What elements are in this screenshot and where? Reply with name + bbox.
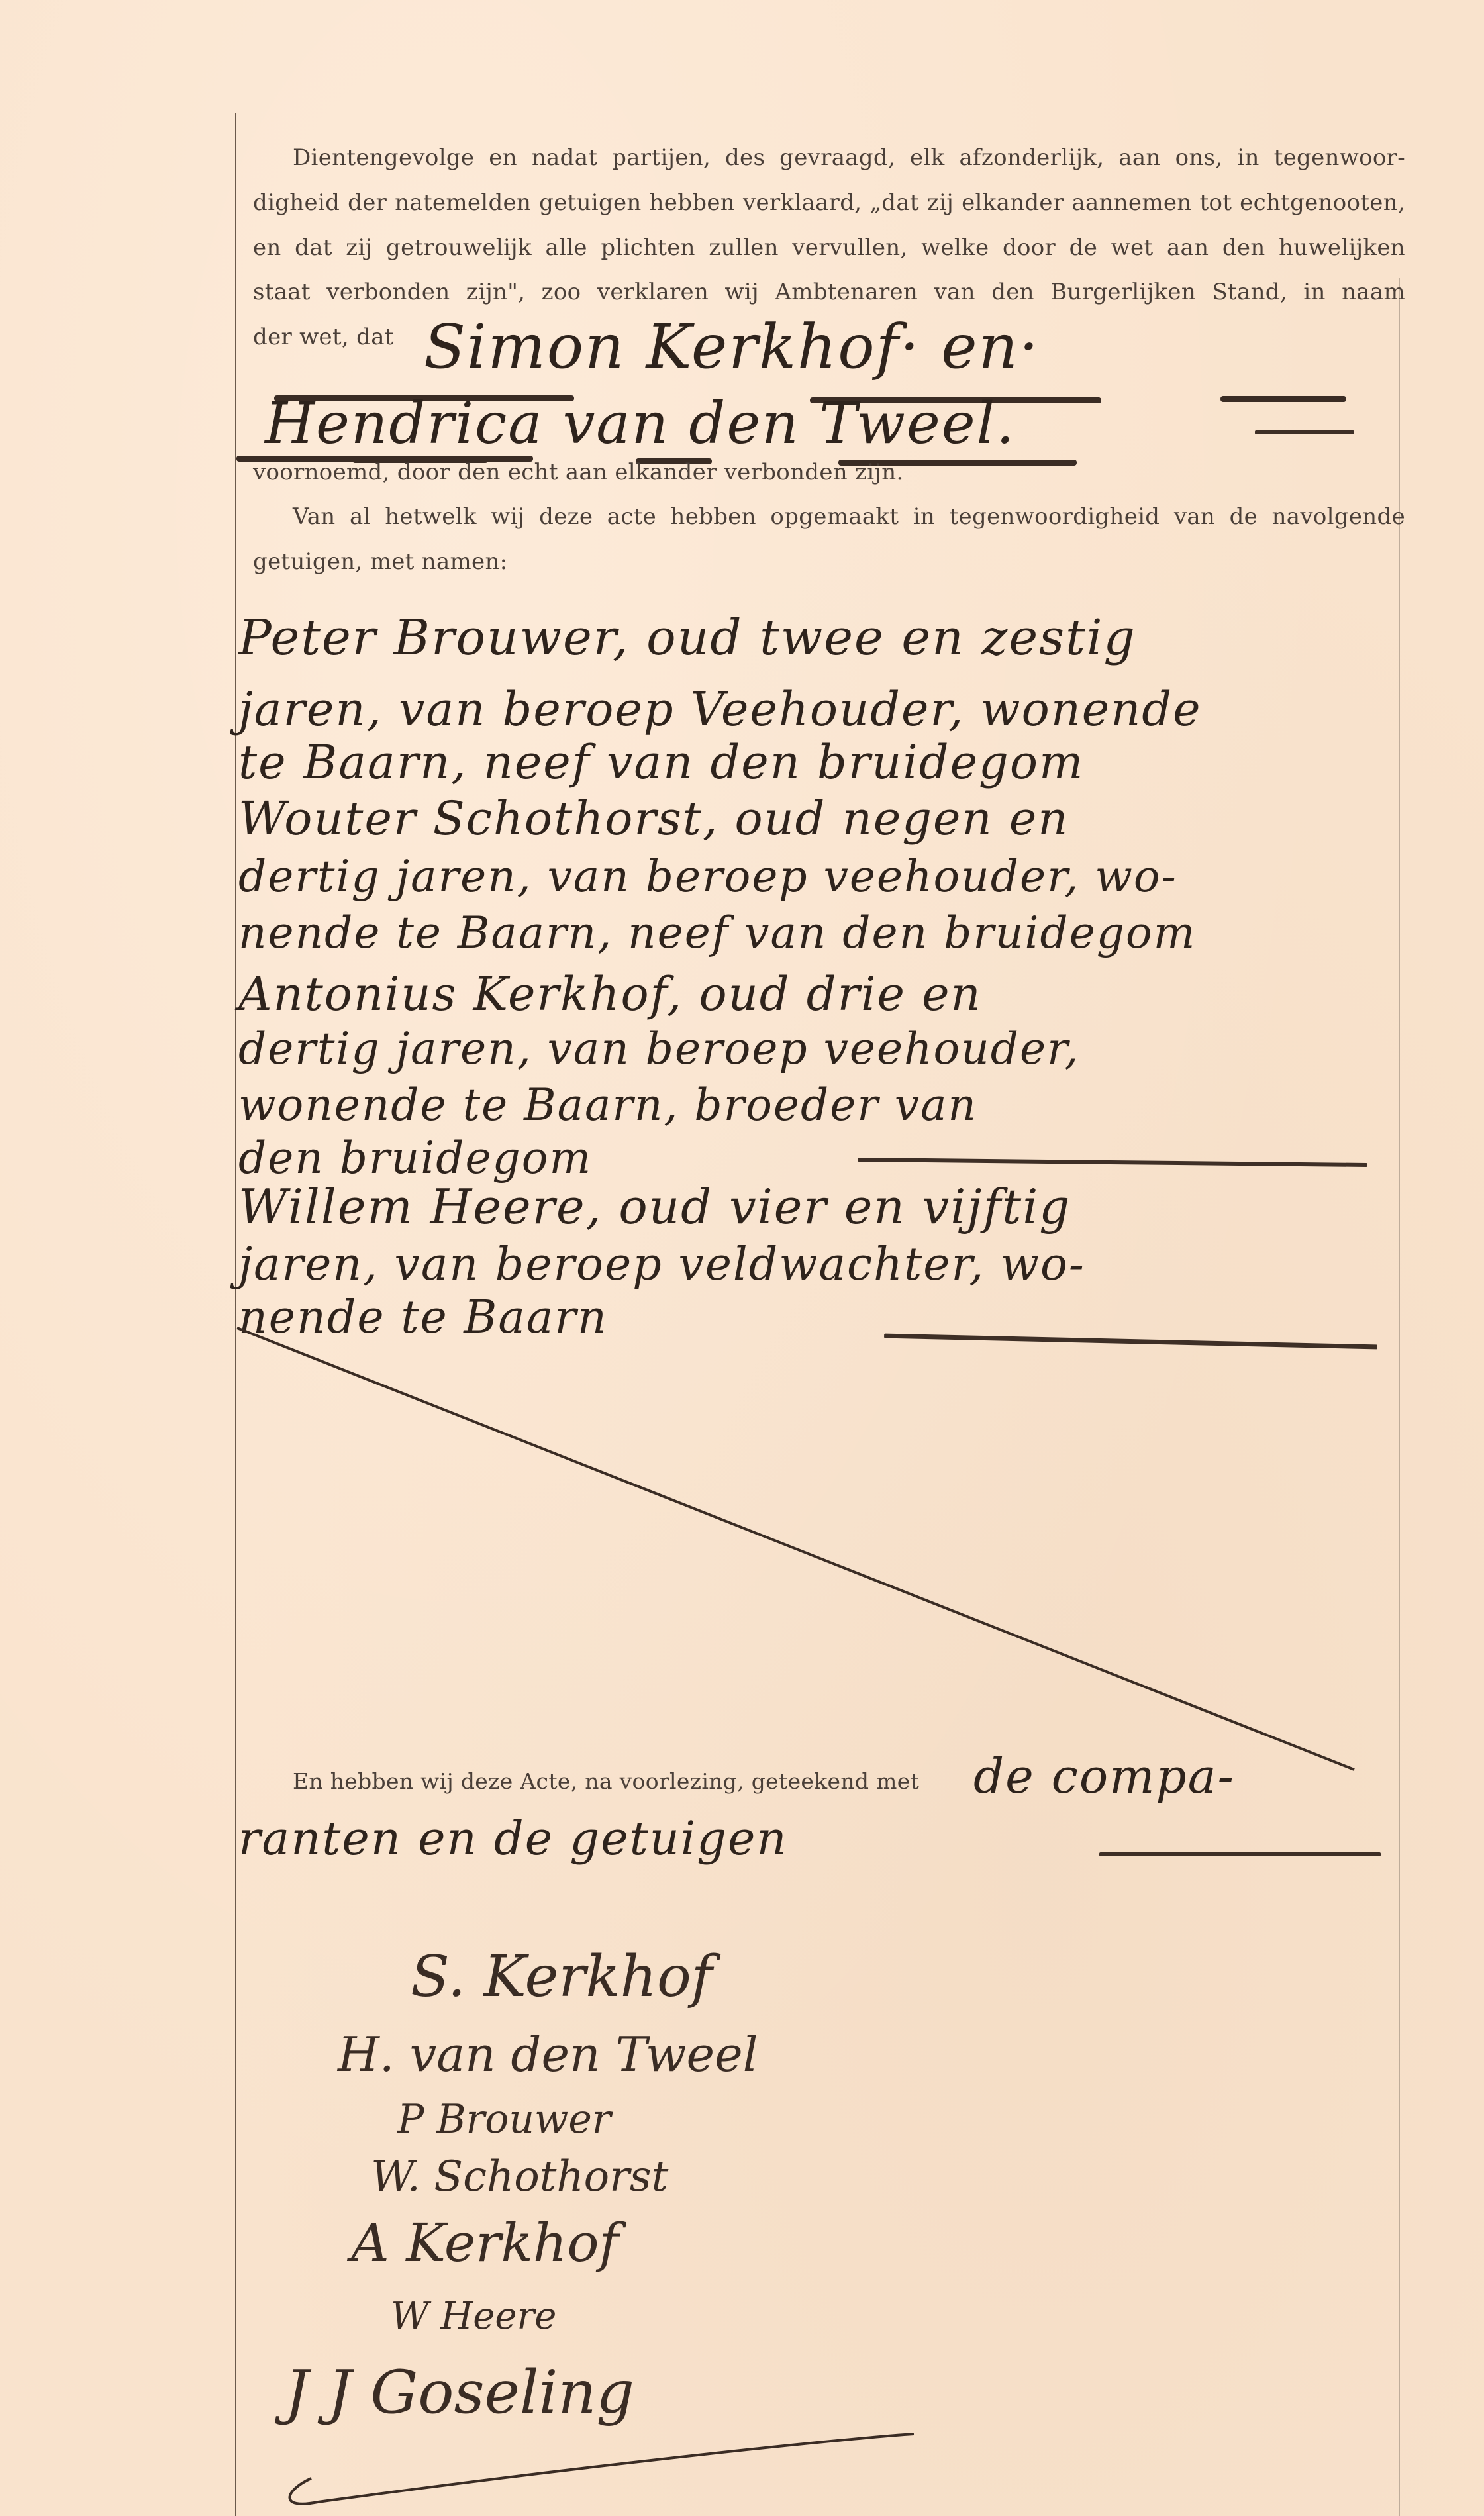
left-margin-rule: [235, 113, 236, 2516]
witness-line-8: dertig jaren, van beroep veehouder,: [238, 1023, 1079, 1074]
filler-stroke: [1099, 1852, 1381, 1856]
printed-line-2: digheid der natemelden getuigen hebben v…: [253, 189, 1405, 216]
witness-line-9: wonende te Baarn, broeder van: [238, 1080, 977, 1131]
witness-line-7: Antonius Kerkhof, oud drie en: [238, 967, 982, 1021]
witness-line-6: nende te Baarn, neef van den bruidegom: [238, 907, 1196, 958]
signature-witness-heere: W Heere: [391, 2295, 556, 2338]
printed-after-names: voornoemd, door den echt aan elkander ve…: [253, 459, 904, 485]
right-margin-rule: [1399, 278, 1400, 2516]
printed-closing: En hebben wij deze Acte, na voorlezing, …: [253, 1768, 919, 1794]
witness-line-4: Wouter Schothorst, oud negen en: [238, 791, 1069, 846]
witness-line-13: nende te Baarn: [238, 1291, 608, 1344]
printed-line-3: en dat zij getrouwelijk alle plichten zu…: [253, 234, 1405, 261]
filler-stroke: [1220, 396, 1346, 402]
signature-witness-brouwer: P Brouwer: [397, 2096, 611, 2142]
witness-line-11: Willem Heere, oud vier en vijftig: [238, 1179, 1071, 1234]
witness-line-3: te Baarn, neef van den bruidegom: [238, 735, 1084, 789]
printed-line-5: der wet, dat: [253, 324, 394, 350]
signature-bride: H. van den Tweel: [338, 2027, 758, 2082]
signature-groom: S. Kerkhof: [411, 1944, 713, 2010]
handwritten-closing-1: de compa-: [973, 1748, 1235, 1804]
filler-stroke: [884, 1334, 1377, 1350]
printed-line-getuigen: getuigen, met namen:: [253, 548, 507, 575]
signature-witness-kerkhof: A Kerkhof: [351, 2212, 618, 2274]
handwritten-closing-2: ranten en de getuigen: [238, 1811, 788, 1866]
handwritten-groom-name: Simon Kerkhof· en·: [424, 311, 1040, 382]
filler-stroke: [858, 1158, 1367, 1167]
printed-line-van-al: Van al hetwelk wij deze acte hebben opge…: [253, 503, 1405, 530]
witness-line-5: dertig jaren, van beroep veehouder, wo-: [238, 851, 1177, 902]
signature-witness-schothorst: W. Schothorst: [371, 2152, 668, 2201]
witness-line-2: jaren, van beroep Veehouder, wonende: [238, 682, 1202, 736]
witness-line-10: den bruidegom: [238, 1132, 592, 1183]
witness-line-1: Peter Brouwer, oud twee en zestig: [238, 609, 1136, 666]
handwritten-bride-name: Hendrica van den Tweel.: [265, 391, 1016, 457]
witness-line-12: jaren, van beroep veldwachter, wo-: [238, 1238, 1085, 1291]
filler-stroke: [1255, 430, 1354, 434]
printed-line-4: staat verbonden zijn", zoo verklaren wij…: [253, 279, 1405, 305]
signature-official: J J Goseling: [285, 2358, 634, 2427]
printed-line-1: Dientengevolge en nadat partijen, des ge…: [253, 144, 1405, 171]
